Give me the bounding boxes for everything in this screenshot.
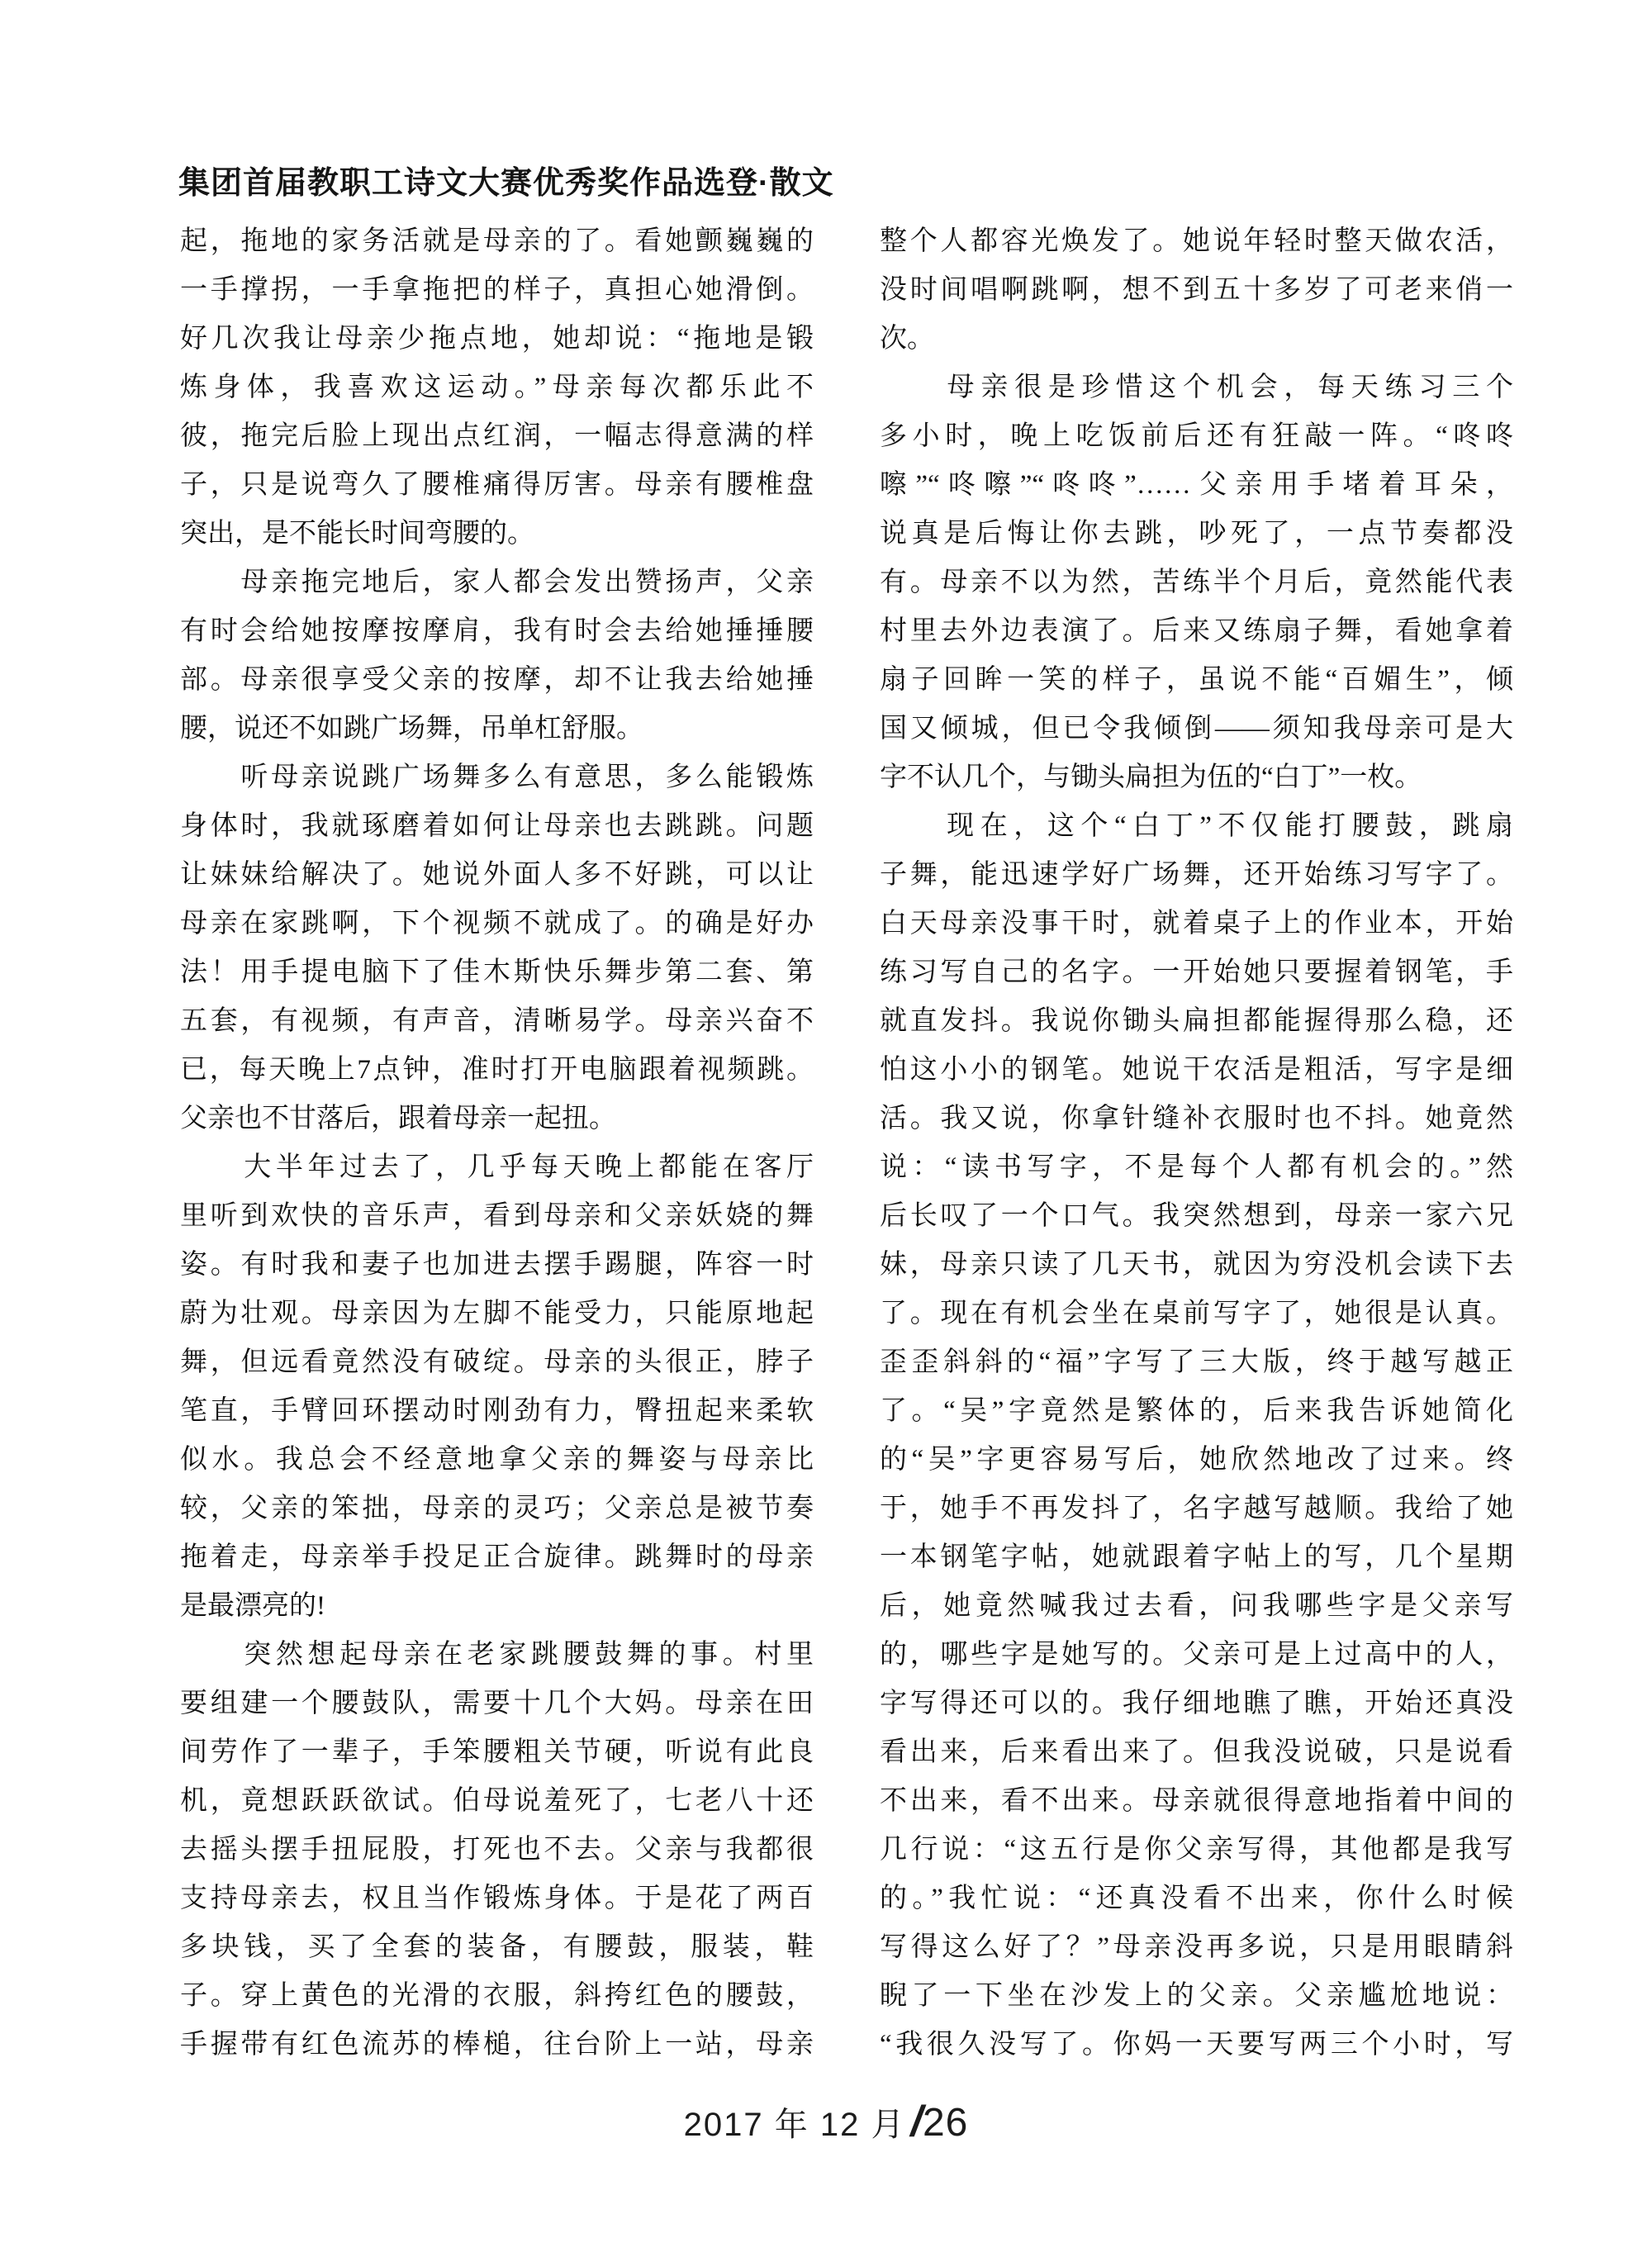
text-line: 已，每天晚上7点钟，准时打开电脑跟着视频跳。 (180, 1046, 814, 1095)
page-header: 集团首届教职工诗文大赛优秀奖作品选登·散文 (178, 157, 834, 202)
text-line: 后长叹了一个口气。我突然想到，母亲一家六兄 (880, 1192, 1513, 1241)
text-line: 突出，是不能长时间弯腰的。 (180, 510, 814, 558)
text-line: 似水。我总会不经意地拿父亲的舞姿与母亲比 (180, 1436, 814, 1485)
footer-date: 2017 年 12 月 (684, 2098, 906, 2145)
text-line: 的“吴”字更容易写后，她欣然地改了过来。终 (880, 1436, 1513, 1485)
text-line: 起，拖地的家务活就是母亲的了。看她颤巍巍的 (180, 217, 814, 266)
text-line: 妹，母亲只读了几天书，就因为穷没机会读下去 (880, 1241, 1513, 1290)
text-line: 要组建一个腰鼓队，需要十几个大妈。母亲在田 (180, 1680, 814, 1728)
text-line: 舞，但远看竟然没有破绽。母亲的头很正，脖子 (180, 1338, 814, 1387)
text-line: 姿。有时我和妻子也加进去摆手踢腿，阵容一时 (180, 1241, 814, 1290)
text-line: 村里去外边表演了。后来又练扇子舞，看她拿着 (880, 607, 1513, 656)
text-line: 了。现在有机会坐在桌前写字了，她很是认真。 (880, 1290, 1513, 1338)
text-line: 子，只是说弯久了腰椎痛得厉害。母亲有腰椎盘 (180, 461, 814, 510)
text-line: 法！用手提电脑下了佳木斯快乐舞步第二套、第 (180, 948, 814, 997)
text-line: 于，她手不再发抖了，名字越写越顺。我给了她 (880, 1485, 1513, 1533)
text-line: 国又倾城，但已令我倾倒——须知我母亲可是大 (880, 705, 1513, 753)
text-line: 较，父亲的笨拙，母亲的灵巧；父亲总是被节奏 (180, 1485, 814, 1533)
text-line: 里听到欢快的音乐声，看到母亲和父亲妖娆的舞 (180, 1192, 814, 1241)
text-line: 去摇头摆手扭屁股，打死也不去。父亲与我都很 (180, 1826, 814, 1874)
text-line: 支持母亲去，权且当作锻炼身体。于是花了两百 (180, 1874, 814, 1923)
text-line: 字不认几个，与锄头扁担为伍的“白丁”一枚。 (880, 753, 1513, 802)
text-column-right: 整个人都容光焕发了。她说年轻时整天做农活，没时间唱啊跳啊，想不到五十多岁了可老来… (880, 217, 1513, 2069)
text-line: 字写得还可以的。我仔细地瞧了瞧，开始还真没 (880, 1680, 1513, 1728)
text-line: 多小时，晚上吃饭前后还有狂敲一阵。“咚咚 (880, 412, 1513, 461)
text-line: 突然想起母亲在老家跳腰鼓舞的事。村里 (180, 1631, 814, 1680)
text-line: 母亲拖完地后，家人都会发出赞扬声，父亲 (180, 558, 814, 607)
text-line: 彼，拖完后脸上现出点红润，一幅志得意满的样 (180, 412, 814, 461)
text-line: 后，她竟然喊我过去看，问我哪些字是父亲写 (880, 1582, 1513, 1631)
text-line: 就直发抖。我说你锄头扁担都能握得那么稳，还 (880, 997, 1513, 1046)
text-line: 现在，这个“白丁”不仅能打腰鼓，跳扇 (880, 802, 1513, 851)
text-line: 部。母亲很享受父亲的按摩，却不让我去给她捶 (180, 656, 814, 705)
text-line: 身体时，我就琢磨着如何让母亲也去跳跳。问题 (180, 802, 814, 851)
text-line: 间劳作了一辈子，手笨腰粗关节硬，听说有此良 (180, 1728, 814, 1777)
text-line: 拖着走，母亲举手投足正合旋律。跳舞时的母亲 (180, 1533, 814, 1582)
text-line: 让妹妹给解决了。她说外面人多不好跳，可以让 (180, 851, 814, 900)
text-line: 了。“吴”字竟然是繁体的，后来我告诉她简化 (880, 1387, 1513, 1436)
footer-slash: / (910, 2097, 922, 2146)
text-line: 多块钱，买了全套的装备，有腰鼓，服装，鞋 (180, 1923, 814, 1972)
text-line: 整个人都容光焕发了。她说年轻时整天做农活， (880, 217, 1513, 266)
text-line: 好几次我让母亲少拖点地，她却说：“拖地是锻 (180, 315, 814, 363)
text-line: 不出来，看不出来。母亲就很得意地指着中间的 (880, 1777, 1513, 1826)
text-line: 大半年过去了，几乎每天晚上都能在客厅 (180, 1143, 814, 1192)
text-line: 看出来，后来看出来了。但我没说破，只是说看 (880, 1728, 1513, 1777)
text-line: 活。我又说，你拿针缝补衣服时也不抖。她竟然 (880, 1095, 1513, 1143)
text-line: 一本钢笔字帖，她就跟着字帖上的写，几个星期 (880, 1533, 1513, 1582)
text-line: 扇子回眸一笑的样子，虽说不能“百媚生”，倾 (880, 656, 1513, 705)
text-line: 笔直，手臂回环摆动时刚劲有力，臀扭起来柔软 (180, 1387, 814, 1436)
text-line: 手握带有红色流苏的棒槌，往台阶上一站，母亲 (180, 2021, 814, 2069)
text-line: 母亲在家跳啊，下个视频不就成了。的确是好办 (180, 900, 814, 948)
text-column-left: 起，拖地的家务活就是母亲的了。看她颤巍巍的一手撑拐，一手拿拖把的样子，真担心她滑… (180, 217, 814, 2069)
text-line: 听母亲说跳广场舞多么有意思，多么能锻炼 (180, 753, 814, 802)
text-line: 子舞，能迅速学好广场舞，还开始练习写字了。 (880, 851, 1513, 900)
text-line: 说真是后悔让你去跳，吵死了，一点节奏都没 (880, 510, 1513, 558)
text-line: 白天母亲没事干时，就着桌子上的作业本，开始 (880, 900, 1513, 948)
text-line: 五套，有视频，有声音，清晰易学。母亲兴奋不 (180, 997, 814, 1046)
footer-page-number: 26 (923, 2100, 968, 2145)
text-line: 炼身体，我喜欢这运动。”母亲每次都乐此不 (180, 363, 814, 412)
text-line: 练习写自己的名字。一开始她只要握着钢笔，手 (880, 948, 1513, 997)
text-line: 几行说：“这五行是你父亲写得，其他都是我写 (880, 1826, 1513, 1874)
text-line: 有时会给她按摩按摩肩，我有时会去给她捶捶腰 (180, 607, 814, 656)
text-line: 的。”我忙说：“还真没看不出来，你什么时候 (880, 1874, 1513, 1923)
text-line: 一手撑拐，一手拿拖把的样子，真担心她滑倒。 (180, 266, 814, 315)
text-line: 没时间唱啊跳啊，想不到五十多岁了可老来俏一 (880, 266, 1513, 315)
text-line: 子。穿上黄色的光滑的衣服，斜挎红色的腰鼓， (180, 1972, 814, 2021)
magazine-page: 集团首届教职工诗文大赛优秀奖作品选登·散文 起，拖地的家务活就是母亲的了。看她颤… (0, 0, 1652, 2257)
text-line: “我很久没写了。你妈一天要写两三个小时，写 (880, 2021, 1513, 2069)
text-line: 的，哪些字是她写的。父亲可是上过高中的人， (880, 1631, 1513, 1680)
text-line: 父亲也不甘落后，跟着母亲一起扭。 (180, 1095, 814, 1143)
page-footer: 2017 年 12 月 / 26 (0, 2097, 1652, 2146)
text-line: 是最漂亮的! (180, 1582, 814, 1631)
text-line: 机，竟想跃跃欲试。伯母说羞死了，七老八十还 (180, 1777, 814, 1826)
text-line: 歪歪斜斜的“福”字写了三大版，终于越写越正 (880, 1338, 1513, 1387)
text-line: 嚓”“咚嚓”“咚咚”……父亲用手堵着耳朵， (880, 461, 1513, 510)
text-line: 写得这么好了？”母亲没再多说，只是用眼睛斜 (880, 1923, 1513, 1972)
text-line: 次。 (880, 315, 1513, 363)
text-line: 腰，说还不如跳广场舞，吊单杠舒服。 (180, 705, 814, 753)
text-line: 说：“读书写字，不是每个人都有机会的。”然 (880, 1143, 1513, 1192)
text-line: 有。母亲不以为然，苦练半个月后，竟然能代表 (880, 558, 1513, 607)
text-line: 怕这小小的钢笔。她说干农活是粗活，写字是细 (880, 1046, 1513, 1095)
text-line: 蔚为壮观。母亲因为左脚不能受力，只能原地起 (180, 1290, 814, 1338)
text-line: 母亲很是珍惜这个机会，每天练习三个 (880, 363, 1513, 412)
text-line: 睨了一下坐在沙发上的父亲。父亲尴尬地说： (880, 1972, 1513, 2021)
